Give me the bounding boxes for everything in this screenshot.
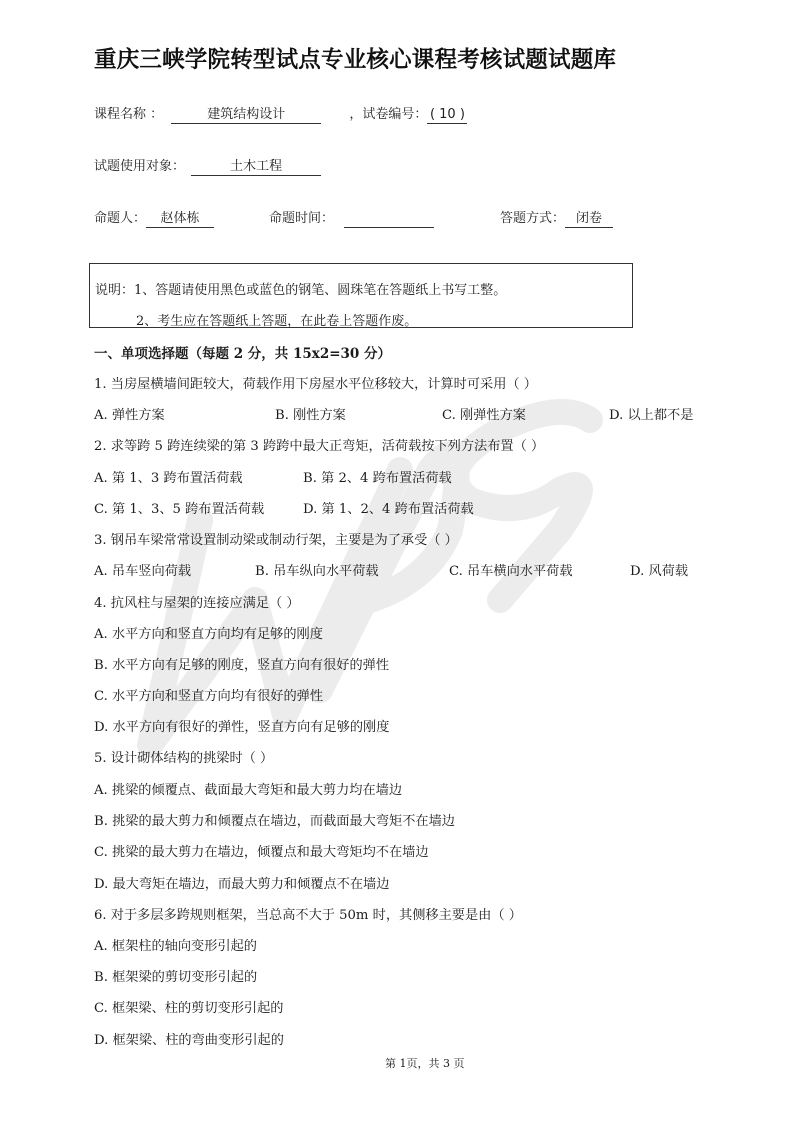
target-value: 土木工程 — [191, 159, 321, 176]
q3-option-c: C. 吊车横向水平荷载 — [449, 560, 573, 579]
author-field: 命题人：赵体栋 — [94, 207, 214, 228]
q4-option-d: D. 水平方向有很好的弹性，竖直方向有足够的刚度 — [94, 716, 389, 735]
question-4-stem: 4. 抗风柱与屋架的连接应满足（ ） — [94, 592, 300, 611]
question-6-stem: 6. 对于多层多跨规则框架，当总高不大于 50m 时，其侧移主要是由（ ） — [94, 904, 522, 923]
q2-option-c: C. 第 1、3、5 跨布置活荷载 — [94, 498, 264, 517]
q4-option-c: C. 水平方向和竖直方向均有很好的弹性 — [94, 685, 323, 704]
q1-option-a: A. 弹性方案 — [94, 404, 165, 423]
q1-option-c: C. 刚弹性方案 — [442, 404, 526, 423]
course-label: 课程名称 ： — [94, 107, 163, 122]
q2-option-b: B. 第 2、4 跨布置活荷载 — [303, 467, 452, 486]
paper-no-label: ，试卷编号： — [349, 107, 427, 122]
q2-option-a: A. 第 1、3 跨布置活荷载 — [94, 467, 243, 486]
q3-option-b: B. 吊车纵向水平荷载 — [255, 560, 379, 579]
q6-option-c: C. 框架梁、柱的剪切变形引起的 — [94, 997, 283, 1016]
q6-option-b: B. 框架梁的剪切变形引起的 — [94, 966, 257, 985]
q3-option-d: D. 风荷载 — [630, 560, 688, 579]
q1-option-d: D. 以上都不是 — [609, 404, 693, 423]
instructions-box: 说明：1、答题请使用黑色或蓝色的钢笔、圆珠笔在答题纸上书写工整。 2、考生应在答… — [89, 263, 633, 328]
question-5-stem: 5. 设计砌体结构的挑梁时（ ） — [94, 747, 273, 766]
q5-option-d: D. 最大弯矩在墙边，而最大剪力和倾覆点不在墙边 — [94, 873, 389, 892]
page-number: 第 1页，共 3 页 — [385, 1055, 465, 1071]
instruction-line-2: 2、考生应在答题纸上答题，在此卷上答题作废。 — [136, 310, 417, 329]
target-label: 试题使用对象： — [94, 159, 185, 174]
q2-option-d: D. 第 1、2、4 跨布置活荷载 — [303, 498, 474, 517]
question-1-stem: 1. 当房屋横墙间距较大，荷载作用下房屋水平位移较大，计算时可采用（ ） — [94, 373, 537, 392]
time-value — [344, 211, 434, 228]
question-3-stem: 3. 钢吊车梁常常设置制动梁或制动行架，主要是为了承受（ ） — [94, 529, 458, 548]
time-label: 命题时间： — [269, 211, 334, 226]
q5-option-a: A. 挑梁的倾覆点、截面最大弯矩和最大剪力均在墙边 — [94, 779, 402, 798]
document-title: 重庆三峡学院转型试点专业核心课程考核试题试题库 — [94, 42, 616, 74]
time-field: 命题时间： — [269, 207, 434, 228]
q4-option-a: A. 水平方向和竖直方向均有足够的刚度 — [94, 623, 323, 642]
course-value: 建筑结构设计 — [171, 107, 321, 124]
q4-option-b: B. 水平方向有足够的刚度，竖直方向有很好的弹性 — [94, 654, 389, 673]
instruction-line-1: 说明：1、答题请使用黑色或蓝色的钢笔、圆珠笔在答题纸上书写工整。 — [95, 279, 506, 298]
course-row: 课程名称 ： 建筑结构设计 ，试卷编号：( 10 ) — [94, 103, 467, 124]
q5-option-b: B. 挑梁的最大剪力和倾覆点在墙边，而截面最大弯矩不在墙边 — [94, 810, 455, 829]
q6-option-a: A. 框架柱的轴向变形引起的 — [94, 935, 257, 954]
q3-option-a: A. 吊车竖向荷载 — [94, 560, 191, 579]
paper-no-value: ( 10 ) — [427, 107, 467, 124]
section-heading: 一、单项选择题（每题 2 分，共 15x2=30 分） — [94, 342, 391, 362]
author-label: 命题人： — [94, 211, 146, 226]
question-2-stem: 2. 求等跨 5 跨连续梁的第 3 跨跨中最大正弯矩，活荷载按下列方法布置（ ） — [94, 435, 544, 454]
method-value: 闭卷 — [565, 211, 613, 228]
method-label: 答题方式： — [500, 211, 565, 226]
method-field: 答题方式：闭卷 — [500, 207, 613, 228]
q1-option-b: B. 刚性方案 — [275, 404, 346, 423]
author-value: 赵体栋 — [146, 211, 214, 228]
q5-option-c: C. 挑梁的最大剪力在墙边，倾覆点和最大弯矩均不在墙边 — [94, 841, 429, 860]
target-row: 试题使用对象： 土木工程 — [94, 155, 321, 176]
q6-option-d: D. 框架梁、柱的弯曲变形引起的 — [94, 1029, 284, 1048]
